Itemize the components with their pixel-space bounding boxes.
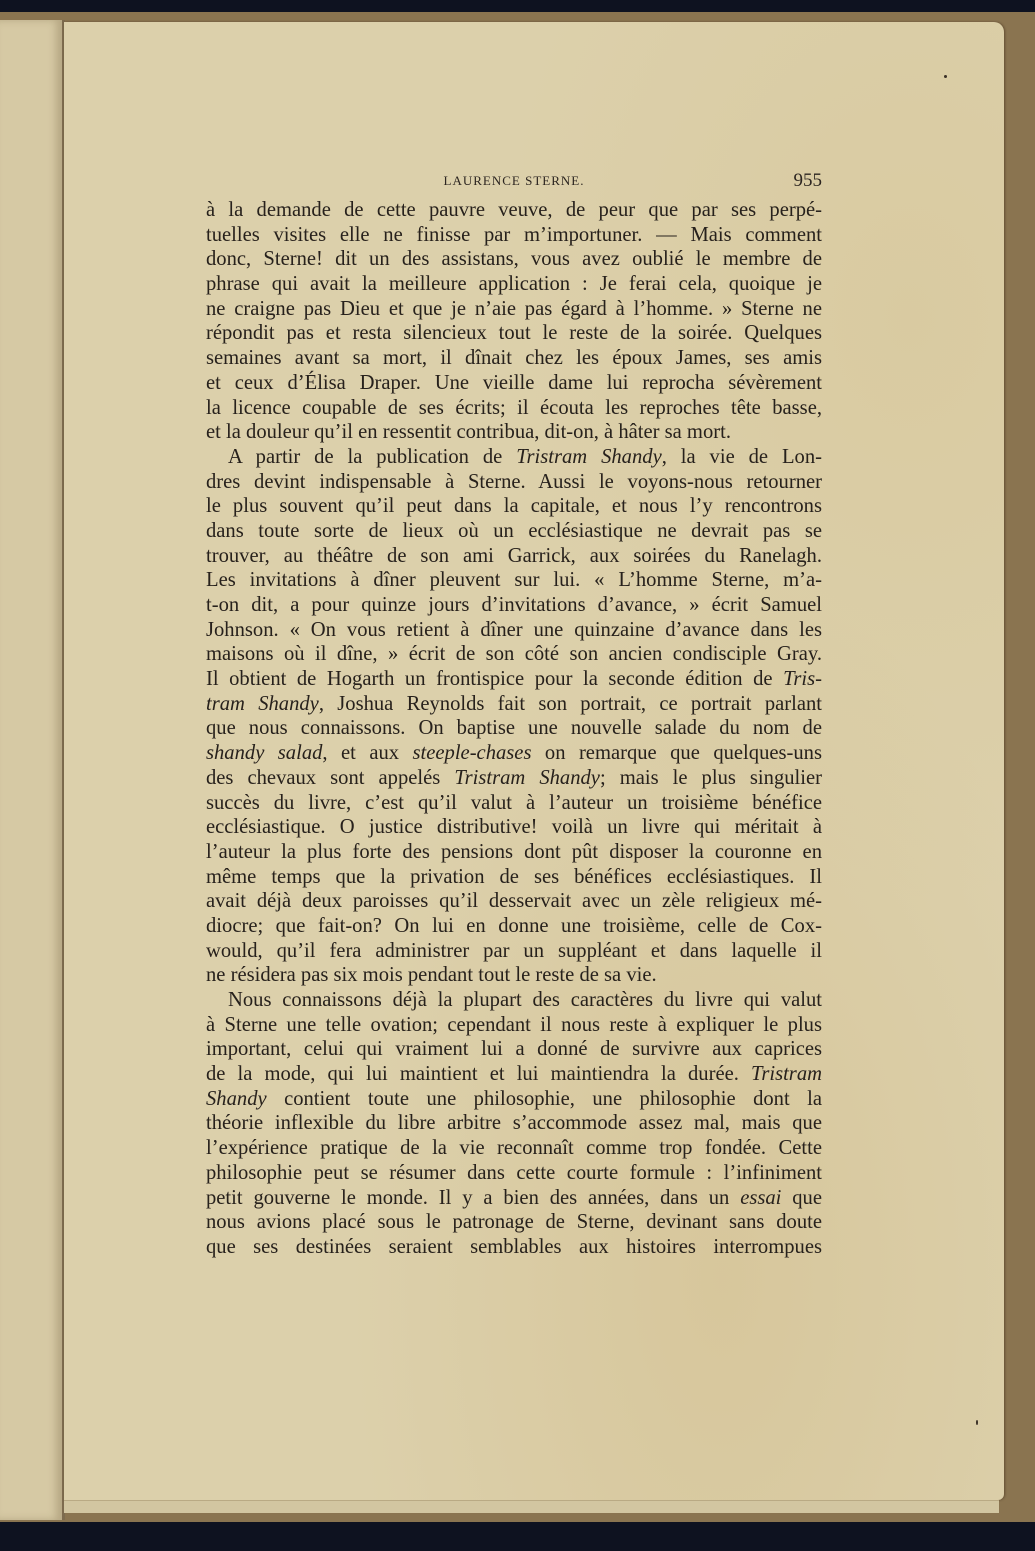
text-segment: ; mais le plus singulier [600,767,822,789]
text-line: que nous connaissons. On baptise une nou… [206,716,822,741]
text-segment: ne craigne pas Dieu et que je n’aie pas … [206,298,822,320]
text-segment: l’expérience pratique de la vie reconnaî… [206,1137,822,1159]
italic-text: tram Shandy [206,693,319,715]
text-segment: ne résidera pas six mois pendant tout le… [206,964,657,986]
text-line: t-on dit, a pour quinze jours d’invitati… [206,593,822,618]
text-segment: et ceux d’Élisa Draper. Une vieille dame… [206,372,822,394]
italic-text: shandy salad [206,742,322,764]
running-title: LAURENCE STERNE. [206,173,822,189]
text-line: tuelles visites elle ne finisse par m’im… [206,223,822,248]
text-line: à Sterne une telle ovation; cependant il… [206,1013,822,1038]
text-segment: semaines avant sa mort, il dînait chez l… [206,347,822,369]
text-line: l’auteur la plus forte des pensions dont… [206,840,822,865]
text-segment: à Sterne une telle ovation; cependant il… [206,1014,822,1036]
text-segment: , Joshua Reynolds fait son portrait, ce … [319,693,822,715]
text-segment: avait déjà deux paroisses qu’il desserva… [206,890,822,912]
text-segment: ecclésiastique. O justice distributive! … [206,816,822,838]
text-segment: trouver, au théâtre de son ami Garrick, … [206,545,822,567]
text-line: Nous connaissons déjà la plupart des car… [206,988,822,1013]
text-segment: , la vie de Lon- [662,446,822,468]
text-segment: l’auteur la plus forte des pensions dont… [206,841,822,863]
text-segment: Les invitations à dîner pleuvent sur lui… [206,569,822,591]
text-segment: répondit pas et resta silencieux tout le… [206,322,822,344]
text-line: would, qu’il fera administrer par un sup… [206,939,822,964]
text-line: que ses destinées seraient semblables au… [206,1235,822,1260]
text-line: important, celui qui vraiment lui a donn… [206,1037,822,1062]
text-line: ecclésiastique. O justice distributive! … [206,815,822,840]
text-line: ne craigne pas Dieu et que je n’aie pas … [206,297,822,322]
text-line: et la douleur qu’il en ressentit contrib… [206,420,822,445]
text-segment: diocre; que fait-on? On lui en donne une… [206,915,822,937]
text-segment: Johnson. « On vous retient à dîner une q… [206,619,822,641]
page-stack-edge [64,1500,999,1513]
text-line: Johnson. « On vous retient à dîner une q… [206,618,822,643]
text-line: de la mode, qui lui maintient et lui mai… [206,1062,822,1087]
text-segment: nous avions placé sous le patronage de S… [206,1211,822,1233]
page-header: LAURENCE STERNE. 955 [206,170,822,194]
text-segment: dans toute sorte de lieux où un ecclésia… [206,520,822,542]
text-line: ne résidera pas six mois pendant tout le… [206,963,822,988]
body-text: à la demande de cette pauvre veuve, de p… [206,198,822,1260]
page-number: 955 [794,170,823,192]
text-segment: petit gouverne le monde. Il y a bien des… [206,1187,740,1209]
text-line: théorie inflexible du libre arbitre s’ac… [206,1111,822,1136]
text-segment: de la mode, qui lui maintient et lui mai… [206,1063,751,1085]
text-segment: à la demande de cette pauvre veuve, de p… [206,199,822,221]
text-segment: Nous connaissons déjà la plupart des car… [228,989,822,1011]
text-segment: Il obtient de Hogarth un frontispice pou… [206,668,783,690]
text-segment: important, celui qui vraiment lui a donn… [206,1038,822,1060]
italic-text: steeple-chases [413,742,532,764]
text-line: donc, Sterne! dit un des assistans, vous… [206,247,822,272]
text-line: le plus souvent qu’il peut dans la capit… [206,494,822,519]
text-line: la licence coupable de ses écrits; il éc… [206,396,822,421]
text-segment: A partir de la publication de [228,446,516,468]
text-segment: would, qu’il fera administrer par un sup… [206,940,822,962]
text-segment: contient toute une philosophie, une phil… [267,1088,822,1110]
text-segment: phrase qui avait la meilleure applicatio… [206,273,822,295]
text-segment: on remarque que quelques-uns [531,742,822,764]
text-line: shandy salad, et aux steeple-chases on r… [206,741,822,766]
italic-text: Shandy [206,1088,267,1110]
text-line: et ceux d’Élisa Draper. Une vieille dame… [206,371,822,396]
text-line: succès du livre, c’est qu’il valut à l’a… [206,791,822,816]
text-segment: t-on dit, a pour quinze jours d’invitati… [206,594,822,616]
italic-text: Tristram Shandy [454,767,600,789]
facing-page-edge [0,20,65,1520]
text-line: Il obtient de Hogarth un frontispice pou… [206,667,822,692]
paper-speck [976,1420,978,1425]
text-line: à la demande de cette pauvre veuve, de p… [206,198,822,223]
text-segment: dres devint indispensable à Sterne. Auss… [206,471,822,493]
text-segment: philosophie peut se résumer dans cette c… [206,1162,822,1184]
text-segment: et la douleur qu’il en ressentit contrib… [206,421,731,443]
text-line: phrase qui avait la meilleure applicatio… [206,272,822,297]
text-segment: théorie inflexible du libre arbitre s’ac… [206,1112,822,1134]
text-line: Les invitations à dîner pleuvent sur lui… [206,568,822,593]
text-line: l’expérience pratique de la vie reconnaî… [206,1136,822,1161]
text-line: tram Shandy, Joshua Reynolds fait son po… [206,692,822,717]
text-line: A partir de la publication de Tristram S… [206,445,822,470]
text-line: dans toute sorte de lieux où un ecclésia… [206,519,822,544]
text-line: Shandy contient toute une philosophie, u… [206,1087,822,1112]
paper-speck [944,75,947,78]
italic-text: Tris- [783,668,822,690]
text-segment: que nous connaissons. On baptise une nou… [206,717,822,739]
text-segment: des chevaux sont appelés [206,767,454,789]
text-segment: tuelles visites elle ne finisse par m’im… [206,224,822,246]
italic-text: Tristram Shandy [516,446,662,468]
text-segment: que [781,1187,822,1209]
text-segment: le plus souvent qu’il peut dans la capit… [206,495,822,517]
text-line: répondit pas et resta silencieux tout le… [206,321,822,346]
text-line: philosophie peut se résumer dans cette c… [206,1161,822,1186]
text-segment: succès du livre, c’est qu’il valut à l’a… [206,792,822,814]
text-segment: que ses destinées seraient semblables au… [206,1236,822,1258]
text-segment: maisons où il dîne, » écrit de son côté … [206,643,822,665]
text-segment: même temps que la privation de ses bénéf… [206,866,822,888]
text-line: trouver, au théâtre de son ami Garrick, … [206,544,822,569]
text-line: semaines avant sa mort, il dînait chez l… [206,346,822,371]
text-line: même temps que la privation de ses bénéf… [206,865,822,890]
text-segment: donc, Sterne! dit un des assistans, vous… [206,248,822,270]
italic-text: essai [740,1187,781,1209]
text-line: diocre; que fait-on? On lui en donne une… [206,914,822,939]
text-line: maisons où il dîne, » écrit de son côté … [206,642,822,667]
italic-text: Tristram [751,1063,822,1085]
text-line: avait déjà deux paroisses qu’il desserva… [206,889,822,914]
text-line: nous avions placé sous le patronage de S… [206,1210,822,1235]
text-segment: , et aux [322,742,412,764]
text-segment: la licence coupable de ses écrits; il éc… [206,397,822,419]
text-line: dres devint indispensable à Sterne. Auss… [206,470,822,495]
text-line: des chevaux sont appelés Tristram Shandy… [206,766,822,791]
text-line: petit gouverne le monde. Il y a bien des… [206,1186,822,1211]
